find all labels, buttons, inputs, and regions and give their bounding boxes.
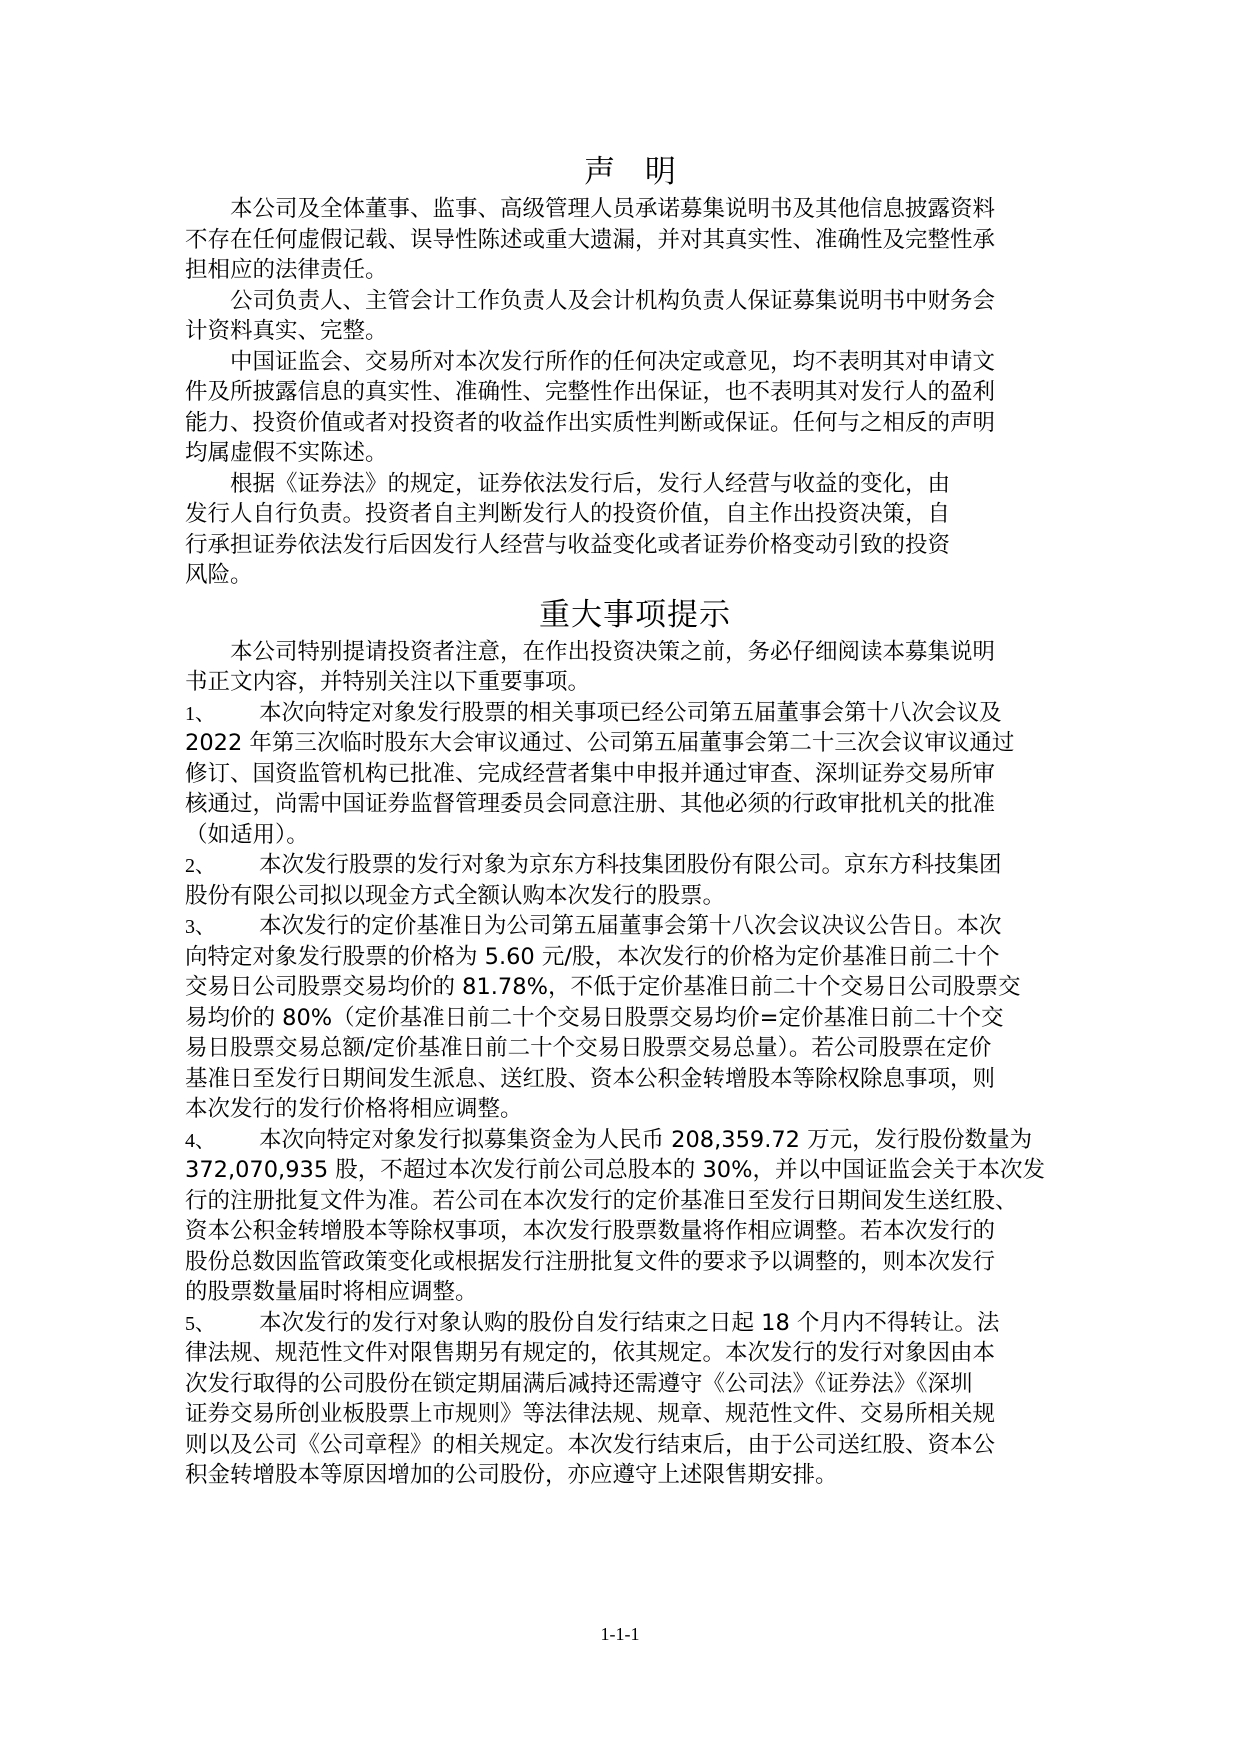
text-line: 本次向特定对象发行股票的相关事项已经公司第五届董事会第十八次会议及: [259, 700, 1002, 726]
text-line: 本公司特别提请投资者注意，在作出投资决策之前，务必仔细阅读本募集说明: [185, 637, 1085, 668]
text-line: 向特定对象发行股票的价格为 5.60 元/股，本次发行的价格为定价基准日前二十个: [185, 942, 1085, 973]
declaration-title: 声 明: [185, 152, 1085, 192]
text-line: 书正文内容，并特别关注以下重要事项。: [185, 667, 1085, 698]
declaration-paragraph-4: 根据《证券法》的规定，证券依法发行后，发行人经营与收益的变化，由 发行人自行负责…: [185, 469, 1085, 591]
text-line: 本次发行的发行对象认购的股份自发行结束之日起 18 个月内不得转让。法: [259, 1310, 999, 1336]
text-line: 基准日至发行日期间发生派息、送红股、资本公积金转增股本等除权除息事项，则: [185, 1064, 1085, 1095]
document-page: 声 明 本公司及全体董事、监事、高级管理人员承诺募集说明书及其他信息披露资料 不…: [185, 152, 1085, 1491]
text-line: 修订、国资监管机构已批准、完成经营者集中申报并通过审查、深圳证券交易所审: [185, 759, 1085, 790]
declaration-paragraph-2: 公司负责人、主管会计工作负责人及会计机构负责人保证募集说明书中财务会 计资料真实…: [185, 286, 1085, 347]
major-matters-title: 重大事项提示: [185, 595, 1085, 635]
text-line: 均属虚假不实陈述。: [185, 438, 1085, 469]
major-matter-item-2: 2、本次发行股票的发行对象为京东方科技集团股份有限公司。京东方科技集团 股份有限…: [185, 850, 1085, 911]
text-line: 易均价的 80%（定价基准日前二十个交易日股票交易均价=定价基准日前二十个交: [185, 1003, 1085, 1034]
text-line: 本公司及全体董事、监事、高级管理人员承诺募集说明书及其他信息披露资料: [185, 194, 1085, 225]
declaration-paragraph-3: 中国证监会、交易所对本次发行所作的任何决定或意见，均不表明其对申请文 件及所披露…: [185, 347, 1085, 469]
text-line: 次发行取得的公司股份在锁定期届满后减持还需遵守《公司法》《证券法》《深圳: [185, 1369, 1085, 1400]
major-matters-intro: 本公司特别提请投资者注意，在作出投资决策之前，务必仔细阅读本募集说明 书正文内容…: [185, 637, 1085, 698]
major-matter-item-3: 3、本次发行的定价基准日为公司第五届董事会第十八次会议决议公告日。本次 向特定对…: [185, 911, 1085, 1125]
text-line: 本次向特定对象发行拟募集资金为人民币 208,359.72 万元，发行股份数量为: [259, 1127, 1032, 1153]
text-line: 计资料真实、完整。: [185, 316, 1085, 347]
text-line: 行承担证券依法发行后因发行人经营与收益变化或者证券价格变动引致的投资: [185, 530, 1085, 561]
major-matter-item-4: 4、本次向特定对象发行拟募集资金为人民币 208,359.72 万元，发行股份数…: [185, 1125, 1085, 1308]
text-line: 本次发行的定价基准日为公司第五届董事会第十八次会议决议公告日。本次: [259, 913, 1002, 939]
text-line: 律法规、规范性文件对限售期另有规定的，依其规定。本次发行的发行对象因由本: [185, 1338, 1085, 1369]
text-line: 风险。: [185, 560, 1085, 591]
item-number: 4、: [185, 1126, 259, 1157]
item-number: 2、: [185, 851, 259, 882]
text-line: 根据《证券法》的规定，证券依法发行后，发行人经营与收益的变化，由: [185, 469, 1085, 500]
text-line: 本次发行股票的发行对象为京东方科技集团股份有限公司。京东方科技集团: [259, 852, 1002, 878]
item-number: 1、: [185, 699, 259, 730]
declaration-paragraph-1: 本公司及全体董事、监事、高级管理人员承诺募集说明书及其他信息披露资料 不存在任何…: [185, 194, 1085, 286]
text-line: 则以及公司《公司章程》的相关规定。本次发行结束后，由于公司送红股、资本公: [185, 1430, 1085, 1461]
text-line: 发行人自行负责。投资者自主判断发行人的投资价值，自主作出投资决策，自: [185, 499, 1085, 530]
page-number: 1-1-1: [0, 1624, 1240, 1645]
text-line: 372,070,935 股，不超过本次发行前公司总股本的 30%，并以中国证监会…: [185, 1155, 1085, 1186]
text-line: 证券交易所创业板股票上市规则》等法律法规、规章、规范性文件、交易所相关规: [185, 1399, 1085, 1430]
item-number: 5、: [185, 1309, 259, 1340]
text-line: 积金转增股本等原因增加的公司股份，亦应遵守上述限售期安排。: [185, 1460, 1085, 1491]
text-line: 股份总数因监管政策变化或根据发行注册批复文件的要求予以调整的，则本次发行: [185, 1247, 1085, 1278]
text-line: 行的注册批复文件为准。若公司在本次发行的定价基准日至发行日期间发生送红股、: [185, 1186, 1085, 1217]
text-line: 不存在任何虚假记载、误导性陈述或重大遗漏，并对其真实性、准确性及完整性承: [185, 225, 1085, 256]
text-line: 易日股票交易总额/定价基准日前二十个交易日股票交易总量）。若公司股票在定价: [185, 1033, 1085, 1064]
text-line: 交易日公司股票交易均价的 81.78%，不低于定价基准日前二十个交易日公司股票交: [185, 972, 1085, 1003]
text-line: 资本公积金转增股本等除权事项，本次发行股票数量将作相应调整。若本次发行的: [185, 1216, 1085, 1247]
text-line: 股份有限公司拟以现金方式全额认购本次发行的股票。: [185, 881, 1085, 912]
item-number: 3、: [185, 912, 259, 943]
major-matter-item-5: 5、本次发行的发行对象认购的股份自发行结束之日起 18 个月内不得转让。法 律法…: [185, 1308, 1085, 1491]
text-line: （如适用）。: [185, 820, 1085, 851]
text-line: 中国证监会、交易所对本次发行所作的任何决定或意见，均不表明其对申请文: [185, 347, 1085, 378]
text-line: 件及所披露信息的真实性、准确性、完整性作出保证，也不表明其对发行人的盈利: [185, 377, 1085, 408]
text-line: 公司负责人、主管会计工作负责人及会计机构负责人保证募集说明书中财务会: [185, 286, 1085, 317]
text-line: 核通过，尚需中国证券监督管理委员会同意注册、其他必须的行政审批机关的批准: [185, 789, 1085, 820]
text-line: 本次发行的发行价格将相应调整。: [185, 1094, 1085, 1125]
text-line: 能力、投资价值或者对投资者的收益作出实质性判断或保证。任何与之相反的声明: [185, 408, 1085, 439]
major-matter-item-1: 1、本次向特定对象发行股票的相关事项已经公司第五届董事会第十八次会议及 2022…: [185, 698, 1085, 851]
text-line: 的股票数量届时将相应调整。: [185, 1277, 1085, 1308]
text-line: 担相应的法律责任。: [185, 255, 1085, 286]
text-line: 2022 年第三次临时股东大会审议通过、公司第五届董事会第二十三次会议审议通过: [185, 728, 1085, 759]
